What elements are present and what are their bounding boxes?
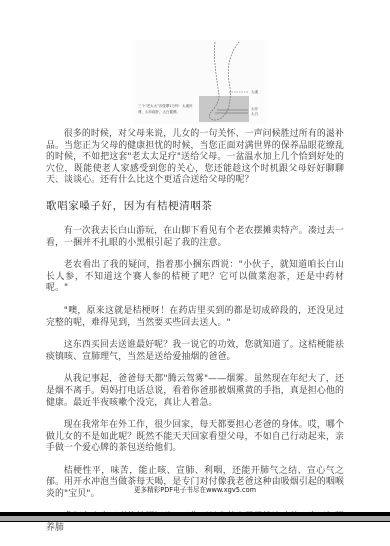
paragraph: 老农看出了我的疑问，指着那小捆东西说："小伙子，就知道咱长白山长人参，不知道这个… — [46, 260, 344, 295]
label-taibai: 太白 — [251, 112, 258, 116]
paragraph: "噢，原来这就是桔梗呀！在药店里买到的都是切成碎段的，还没见过完整的呢，难得见到… — [46, 306, 344, 329]
section-heading: 歌唱家嗓子好，因为有桔梗清咽茶 — [46, 198, 344, 213]
paragraph: 这东西买回去送谁最好呢？我一说它的功效，您就知道了。这桔梗能祛痰镇咳、宣肺理气，… — [46, 340, 344, 363]
footer-link-text[interactable]: 更多精彩PDF电子书尽在www.xgv5.com — [0, 484, 390, 494]
paragraph: 有一次我去长白山游玩，在山脚下看见有个老农摆摊卖特产。凑过去一看，一捆并不扎眼的… — [46, 226, 344, 249]
figure-caption: 三个"老太太"各按摩1分钟：太溪补肾、太冲疏肝、太白健脾。 — [138, 104, 196, 115]
label-taixi: 太溪 — [251, 90, 258, 94]
label-taichong: 太冲 — [251, 107, 258, 111]
paragraph-intro: 很多的时候，对父母来说，儿女的一句关怀、一声问候胜过所有的滋补品。当您正为父母的… — [46, 129, 344, 187]
document-body: 很多的时候，对父母来说，儿女的一句关怀、一声问候胜过所有的滋补品。当您正为父母的… — [46, 129, 344, 535]
footer-divider-thin — [0, 521, 390, 522]
paragraph: 现在我常年在外工作，很少回家，每天都要担心老爸的身体。哎，哪个做儿女的不是如此呢… — [46, 420, 344, 455]
paragraph: 从我记事起，爸爸每天都"腾云驾雾"——烟雾。虽然现在年纪大了，还是烟不离手。妈妈… — [46, 374, 344, 409]
foot-acupoint-illustration: 三个"老太太"各按摩1分钟：太溪补肾、太冲疏肝、太白健脾。 太溪 太冲 太白 — [135, 40, 265, 124]
